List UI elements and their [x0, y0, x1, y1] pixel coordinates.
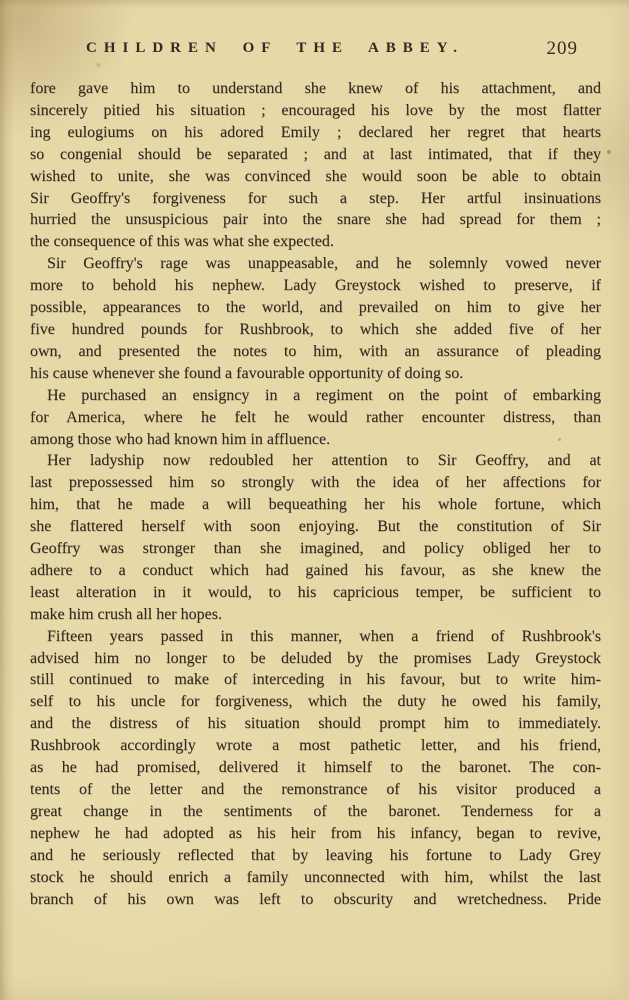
text-line: advised him no longer to be deluded by t… [30, 648, 601, 670]
text-line: possible, appearances to the world, and … [30, 297, 601, 319]
text-line: tents of the letter and the remonstrance… [30, 779, 601, 801]
text-block: fore gave him to understand she knew of … [30, 78, 601, 910]
text-line: Her ladyship now redoubled her attention… [30, 450, 601, 472]
text-line: fore gave him to understand she knew of … [30, 78, 601, 100]
text-line: He purchased an ensigncy in a regiment o… [30, 385, 601, 407]
text-line: still continued to make of interceding i… [30, 669, 601, 691]
text-line: branch of his own was left to obscurity … [30, 889, 601, 911]
header-title: CHILDREN OF THE ABBEY. [30, 40, 520, 57]
text-line: and he seriously reflected that by leavi… [30, 845, 601, 867]
text-line: she flattered herself with soon enjoying… [30, 516, 601, 538]
text-line: ing eulogiums on his adored Emily ; decl… [30, 122, 601, 144]
text-line: last prepossessed him so strongly with t… [30, 472, 601, 494]
text-line: Sir Geoffry's forgiveness for such a ste… [30, 188, 601, 210]
text-line: for America, where he felt he would rath… [30, 407, 601, 429]
page-number: 209 [547, 38, 579, 60]
text-line: great change in the sentiments of the ba… [30, 801, 601, 823]
text-line: Geoffry was stronger than she imagined, … [30, 538, 601, 560]
text-line: make him crush all her hopes. [30, 604, 601, 626]
text-line: own, and presented the notes to him, wit… [30, 341, 601, 363]
running-header: CHILDREN OF THE ABBEY. 209 [30, 40, 600, 64]
text-line: stock he should enrich a family unconnec… [30, 867, 601, 889]
text-line: him, that he made a will bequeathing her… [30, 494, 601, 516]
text-line: among those who had known him in affluen… [30, 429, 601, 451]
text-line: Sir Geoffry's rage was unappeasable, and… [30, 253, 601, 275]
text-line: more to behold his nephew. Lady Greystoc… [30, 275, 601, 297]
text-line: as he had promised, delivered it himself… [30, 757, 601, 779]
foxing-speck [607, 150, 611, 154]
text-line: Fifteen years passed in this manner, whe… [30, 626, 601, 648]
text-line: and the distress of his situation should… [30, 713, 601, 735]
text-line: hurried the unsuspicious pair into the s… [30, 209, 601, 231]
text-line: adhere to a conduct which had gained his… [30, 560, 601, 582]
text-line: least alteration in it would, to his cap… [30, 582, 601, 604]
book-page-scan: CHILDREN OF THE ABBEY. 209 fore gave him… [0, 0, 629, 1000]
text-line: self to his uncle for forgiveness, which… [30, 691, 601, 713]
text-line: Rushbrook accordingly wrote a most pathe… [30, 735, 601, 757]
text-line: sincerely pitied his situation ; encoura… [30, 100, 601, 122]
text-line: nephew he had adopted as his heir from h… [30, 823, 601, 845]
text-line: his cause whenever she found a favourabl… [30, 363, 601, 385]
text-line: wished to unite, she was convinced she w… [30, 166, 601, 188]
text-line: the consequence of this was what she exp… [30, 231, 601, 253]
text-line: five hundred pounds for Rushbrook, to wh… [30, 319, 601, 341]
text-line: so congenial should be separated ; and a… [30, 144, 601, 166]
